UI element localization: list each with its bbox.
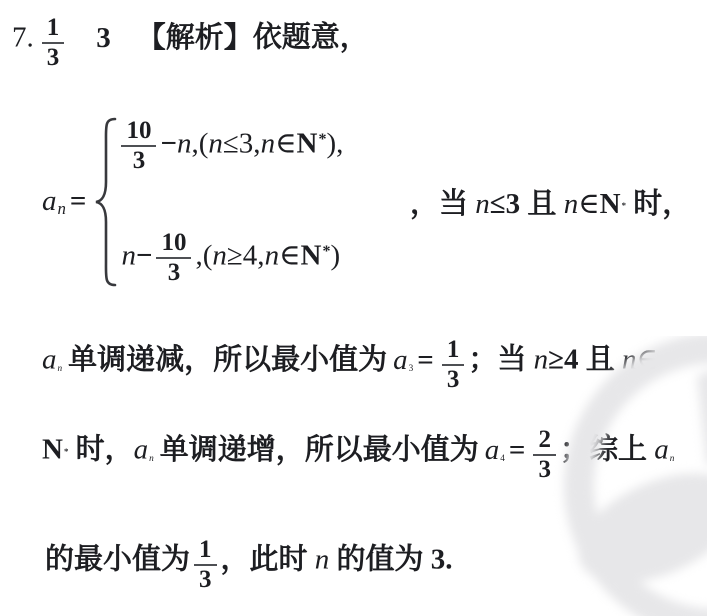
math-var-a: a (134, 434, 149, 466)
body-text: ；综上 (560, 434, 654, 466)
condition-text: 时， (626, 188, 691, 220)
math-var-a: a (42, 344, 57, 376)
fraction-numerator: 10 (121, 117, 156, 147)
fraction-numerator: 1 (42, 14, 65, 44)
math-var-n: n (534, 344, 549, 376)
math-var-n: n (475, 188, 490, 220)
fraction-denominator: 3 (533, 456, 556, 484)
math-var-n: n (212, 240, 227, 272)
math-var-n: n (564, 188, 579, 220)
condition-text: ≤3 且 (490, 188, 564, 220)
answer-2: 3 (96, 22, 111, 54)
answer-fraction: 13 (42, 14, 65, 72)
body-text: ；当 (468, 344, 533, 376)
math-var-n: n (265, 240, 280, 272)
math-var-n: n (261, 128, 276, 160)
math-var-n: n (315, 544, 330, 576)
fraction-2-3: 23 (533, 426, 556, 484)
body-text: 的最小值为 (45, 544, 190, 576)
math-punct: ) (330, 240, 340, 272)
fraction-numerator: 10 (156, 229, 191, 259)
piecewise-equation: an= 103−n,(n≤3,n∈N*), n−103,(n≥4,n∈N*) (42, 116, 343, 288)
element-of-sign: ∈ (637, 344, 658, 376)
fraction-1-3: 13 (442, 336, 465, 394)
set-N: N (600, 188, 621, 220)
math-var-a: a (393, 344, 408, 376)
math-punct: ), (326, 128, 343, 160)
minus-sign: − (160, 128, 177, 160)
math-sub-n: n (149, 454, 154, 464)
fraction-numerator: 2 (533, 426, 556, 456)
analysis-tag: 【解析】 (137, 22, 253, 54)
set-N: N (301, 240, 322, 272)
math-var-a: a (654, 434, 669, 466)
equation-branches: 103−n,(n≤3,n∈N*), n−103,(n≥4,n∈N*) (121, 117, 343, 287)
math-sub-n: n (58, 199, 66, 218)
math-sub-4: 4 (500, 454, 505, 464)
math-var-n: n (622, 344, 637, 376)
fraction-10-3: 103 (156, 229, 191, 287)
body-text: ≥4 且 (548, 344, 622, 376)
equals-sign: = (509, 434, 526, 466)
math-condition: ≥4, (227, 240, 265, 272)
fraction-denominator: 3 (442, 366, 465, 394)
math-condition: ≤3, (223, 128, 261, 160)
body-text: 单调递增，所以最小值为 (160, 434, 479, 466)
body-line-1: an单调递减，所以最小值为a3=13；当 n≥4 且 n∈ (42, 336, 658, 394)
math-punct: ,( (191, 128, 208, 160)
math-sub-n: n (670, 454, 675, 464)
body-text: ，此时 (221, 544, 315, 576)
document-page: 7.133【解析】依题意， an= 103−n,(n≤3,n∈N*), n−10… (0, 0, 707, 616)
fraction-1-3: 13 (194, 536, 217, 594)
branch-1: 103−n,(n≤3,n∈N*), (121, 117, 343, 175)
element-of-sign: ∈ (279, 240, 300, 272)
math-sub-n: n (58, 364, 63, 374)
fraction-10-3: 103 (121, 117, 156, 175)
problem-number: 7. (12, 22, 34, 54)
fraction-numerator: 1 (194, 536, 217, 566)
math-var-a: a (485, 434, 500, 466)
math-sub-3: 3 (409, 364, 414, 374)
fraction-denominator: 3 (42, 44, 65, 72)
fraction-denominator: 3 (163, 259, 186, 287)
body-text: 的值为 3. (329, 544, 452, 576)
intro-text: 依题意， (253, 22, 369, 54)
math-var-n: n (177, 128, 192, 160)
element-of-sign: ∈ (578, 188, 599, 220)
math-var-n: n (208, 128, 223, 160)
answer-line: 7.133【解析】依题意， (12, 14, 369, 72)
body-text: 单调递减，所以最小值为 (68, 344, 387, 376)
element-of-sign: ∈ (275, 128, 296, 160)
body-line-2: N* 时，an单调递增，所以最小值为a4=23；综上 an (42, 426, 674, 484)
math-punct: ,( (195, 240, 212, 272)
set-N: N (297, 128, 318, 160)
fraction-numerator: 1 (442, 336, 465, 366)
math-var-a: a (42, 185, 57, 217)
side-condition: ，当 n≤3 且 n∈N* 时， (410, 186, 691, 222)
left-brace-icon (93, 116, 117, 288)
branch-2: n−103,(n≥4,n∈N*) (121, 229, 343, 287)
fraction-denominator: 3 (194, 566, 217, 594)
body-line-3: 的最小值为13，此时 n 的值为 3. (45, 536, 453, 594)
equation-lhs: an= (42, 185, 90, 219)
set-N: N (42, 434, 63, 466)
condition-text: ，当 (410, 188, 475, 220)
math-var-n: n (121, 240, 136, 272)
equals-sign: = (70, 185, 87, 217)
body-text: 时， (68, 434, 133, 466)
minus-sign: − (136, 240, 153, 272)
fraction-denominator: 3 (128, 147, 151, 175)
equals-sign: = (417, 344, 434, 376)
